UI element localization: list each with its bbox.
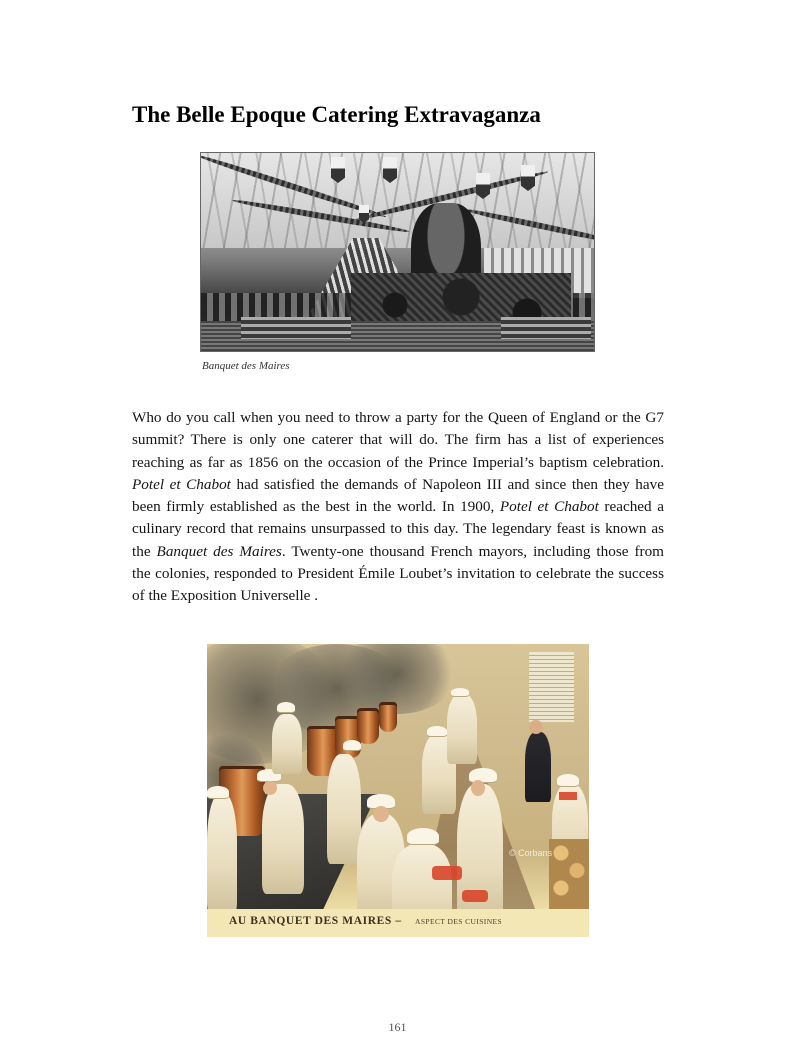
chef-face: [373, 806, 389, 822]
flag: [331, 157, 345, 183]
page-title: The Belle Epoque Catering Extravaganza: [132, 100, 541, 130]
menu-board: [529, 652, 574, 722]
figure-1-caption: Banquet des Maires: [202, 360, 290, 372]
chef-hat: [343, 740, 361, 750]
chef-hat: [469, 768, 497, 782]
banquet-hall-photo: [200, 152, 595, 352]
italic-name-potel-et-chabot: Potel et Chabot: [132, 476, 231, 493]
kitchen-illustration: © Corbans AU BANQUET DES MAIRES – ASPECT…: [207, 644, 589, 937]
stage-steps: [241, 317, 351, 339]
stage-steps: [501, 317, 591, 339]
italic-name-potel-et-chabot: Potel et Chabot: [500, 498, 599, 515]
chef-hat: [277, 702, 295, 712]
page-number: 161: [0, 1020, 795, 1035]
waiter-head: [529, 720, 543, 734]
copper-pot: [379, 702, 397, 732]
red-meat: [432, 866, 462, 880]
chef: [457, 784, 503, 924]
copper-pot: [357, 708, 379, 744]
chef-face: [263, 781, 277, 795]
chef: [327, 754, 361, 864]
illustration-caption-band: AU BANQUET DES MAIRES – ASPECT DES CUISI…: [207, 909, 589, 937]
red-meat: [462, 890, 488, 902]
flag: [383, 157, 397, 183]
text-segment: Who do you call when you need to throw a…: [132, 409, 664, 471]
glass-roof: [201, 153, 594, 248]
chef-hat: [451, 688, 469, 696]
chef: [447, 694, 477, 764]
chef-face: [471, 780, 485, 796]
chef-hat: [407, 828, 439, 844]
waiter-in-black: [525, 732, 551, 802]
chef: [262, 784, 304, 894]
chef: [207, 794, 237, 914]
chef-hat: [557, 774, 579, 786]
italic-banquet-des-maires: Banquet des Maires: [157, 543, 282, 560]
chef-hat: [207, 786, 229, 798]
body-paragraph: Who do you call when you need to throw a…: [132, 407, 664, 608]
tray-of-pies: [549, 839, 589, 909]
chef-hat: [427, 726, 447, 736]
flag: [476, 173, 490, 199]
illustration-subtitle: ASPECT DES CUISINES: [415, 917, 502, 926]
flag: [521, 165, 535, 191]
flag: [359, 205, 369, 223]
illustration-title: AU BANQUET DES MAIRES –: [229, 915, 402, 927]
red-neckerchief: [559, 792, 577, 800]
chef: [272, 714, 302, 774]
watermark: © Corbans: [509, 848, 552, 858]
